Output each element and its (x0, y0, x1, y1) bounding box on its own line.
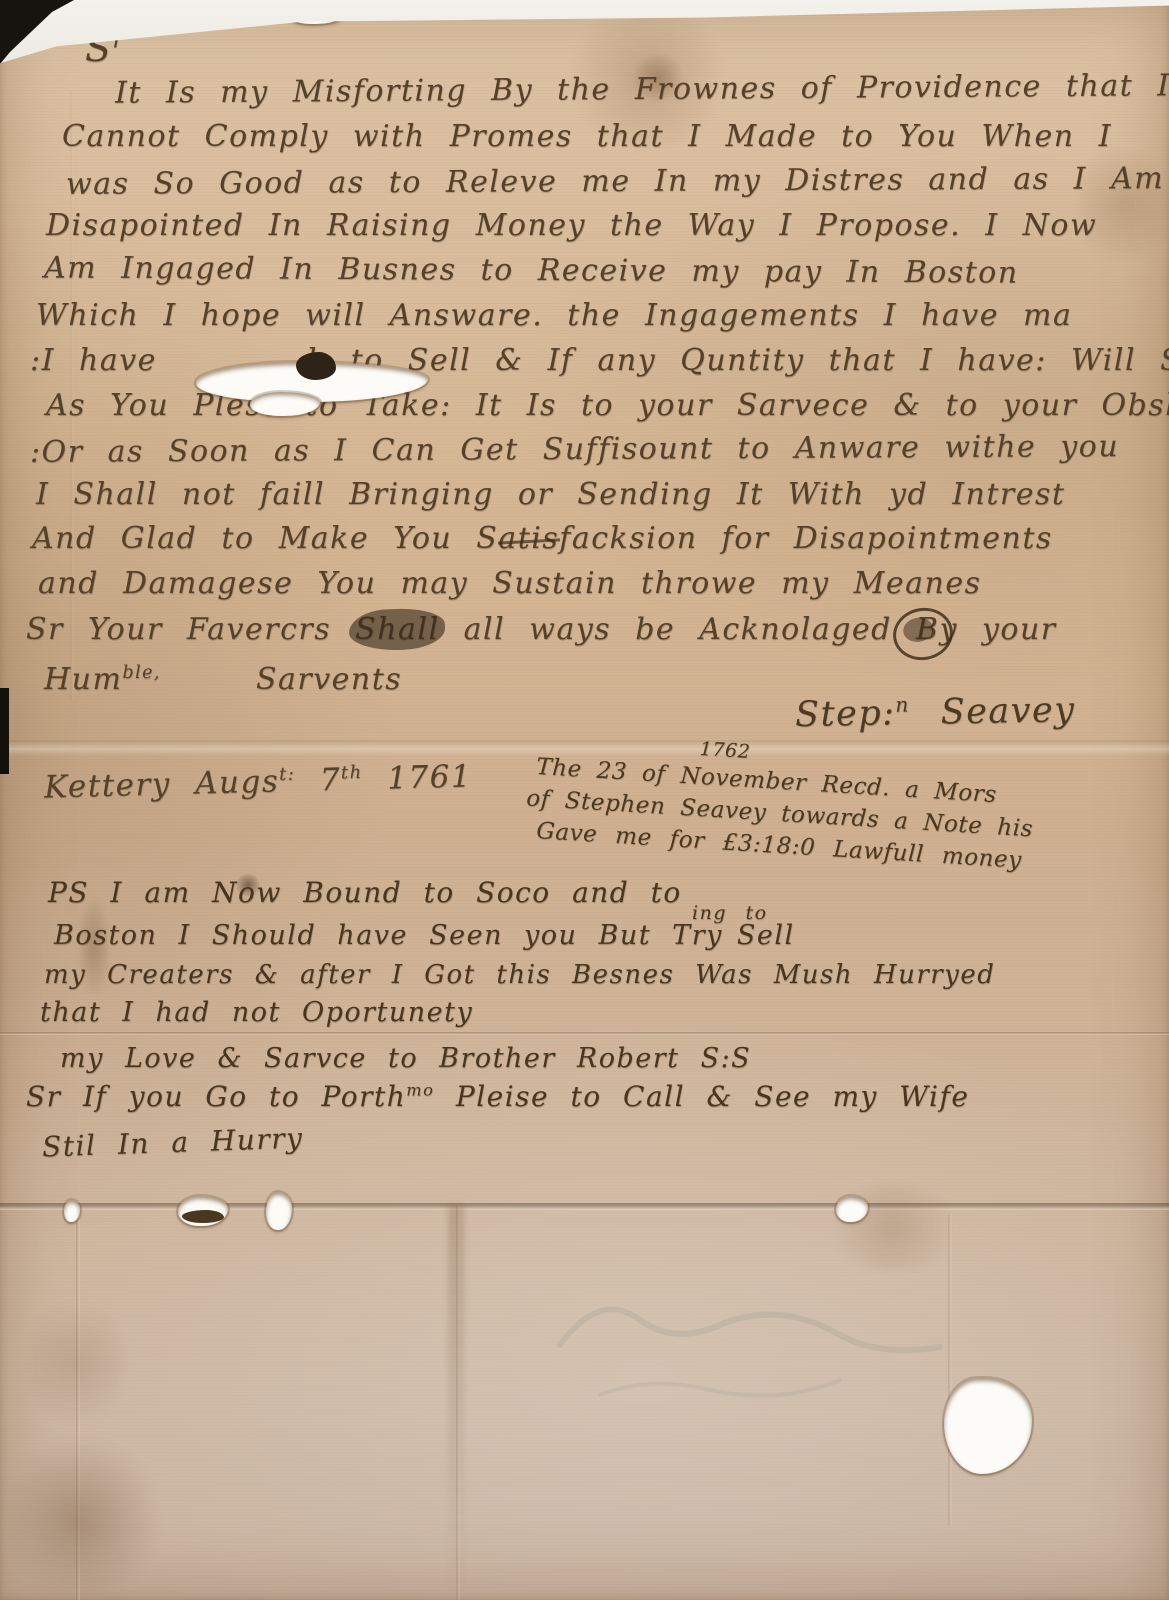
signature-seavey: Seavey (940, 690, 1076, 732)
letter-paper: Sr It Is my Misforting By the Frownes of… (0, 0, 1169, 1600)
paper-tear-hole (266, 1192, 292, 1230)
signature-step: Step: (795, 693, 896, 735)
ink-bleedthrough-mark (540, 1255, 960, 1415)
torn-line-post: k to Sell & If any Quntity that I have: … (307, 343, 1169, 378)
ack-pre: Sr Your Favercrs (26, 612, 355, 647)
scanner-edge-left (0, 688, 9, 774)
ps-line-6-pre: Sr If you Go to Porth (26, 1080, 406, 1113)
body-line-3: was So Good as to Releve me In my Distre… (66, 161, 1164, 202)
scanned-letter-page: Sr It Is my Misforting By the Frownes of… (0, 0, 1169, 1600)
ps-line-1: PS I am Now Bound to Soco and to (48, 876, 682, 909)
dateline: Kettery Augst: 7th 1761 (44, 758, 473, 805)
ps-line-2-pre: Boston I Should have Seen you But Try (54, 920, 723, 951)
body-line-9: :Or as Soon as I Can Get Suffisount to A… (30, 429, 1119, 470)
salutation-superscript: r (113, 28, 125, 53)
ps-line-6-post: Pleise to Call & See my Wife (456, 1080, 970, 1113)
dateline-day: 7 (319, 762, 341, 799)
body-line-6: Which I hope will Answare. the Ingagemen… (36, 298, 1072, 333)
body-line-2: Cannot Comply with Promes that I Made to… (62, 119, 1112, 154)
body-line-12: and Damagese You may Sustain throwe my M… (38, 566, 981, 601)
ps-line-6: Sr If you Go to Porthmo Pleise to Call &… (26, 1080, 969, 1113)
fold-crease (456, 1205, 460, 1600)
body-line-10: I Shall not faill Bringing or Sending It… (36, 477, 1065, 512)
ps-line-2: Boston I Should have Seen you But TrySel… (54, 920, 795, 951)
fold-crease (948, 1215, 952, 1525)
ps-line-3: my Creaters & after I Got this Besnes Wa… (44, 960, 995, 990)
ps-line-2-post: Sell (737, 920, 795, 951)
dateline-sup2: th (341, 762, 363, 784)
closing-hum: Hum (44, 662, 122, 697)
fold-crease (0, 1032, 1169, 1035)
ps-line-6-sup: mo (406, 1081, 434, 1100)
paper-tear-dark-flap (296, 352, 336, 380)
paper-stain (1078, 140, 1169, 270)
paper-tear-hole (944, 1378, 1032, 1474)
ps-line-7: Stil In a Hurry (42, 1121, 304, 1163)
paper-tear-hole (282, 0, 352, 24)
receipt-year-insert: 1762 (699, 738, 751, 763)
body-line-4: Disapointed In Raising Money the Way I P… (46, 208, 1097, 243)
closing-sarvents: Sarvents (256, 662, 402, 697)
paper-tear-hole (836, 1196, 868, 1222)
body-line-5: Am Ingaged In Busnes to Receive my pay I… (44, 250, 1019, 290)
fold-crease (0, 740, 1169, 756)
fold-crease (0, 1203, 1169, 1210)
closing-line: Humble,Sarvents (44, 662, 402, 697)
closing-ble: ble, (122, 663, 161, 683)
signature-superscript: n (895, 692, 910, 716)
signature: Step:n Seavey (795, 690, 1076, 736)
fold-crease (76, 1205, 80, 1600)
body-line-7-torn: :I havek to Sell & If any Quntity that I… (30, 343, 1169, 378)
ack-post: all ways be Acknolaged By your (440, 612, 1057, 647)
dateline-place: Kettery Augs (44, 763, 280, 805)
paper-tear-dark-flap (182, 1210, 224, 1223)
ps-line-4: that I had not Oportunety (40, 997, 473, 1028)
dateline-sup1: t: (279, 764, 296, 785)
salutation: Sr (85, 26, 125, 70)
torn-line-pre: :I have (30, 343, 157, 378)
ps-line-5: my Love & Sarvce to Brother Robert S:S (60, 1043, 751, 1074)
blotted-word: Shall (355, 612, 439, 647)
body-line-1: It Is my Misforting By the Frownes of Pr… (115, 68, 1169, 110)
salutation-text: S (85, 26, 113, 70)
dateline-year: 1761 (387, 758, 473, 796)
